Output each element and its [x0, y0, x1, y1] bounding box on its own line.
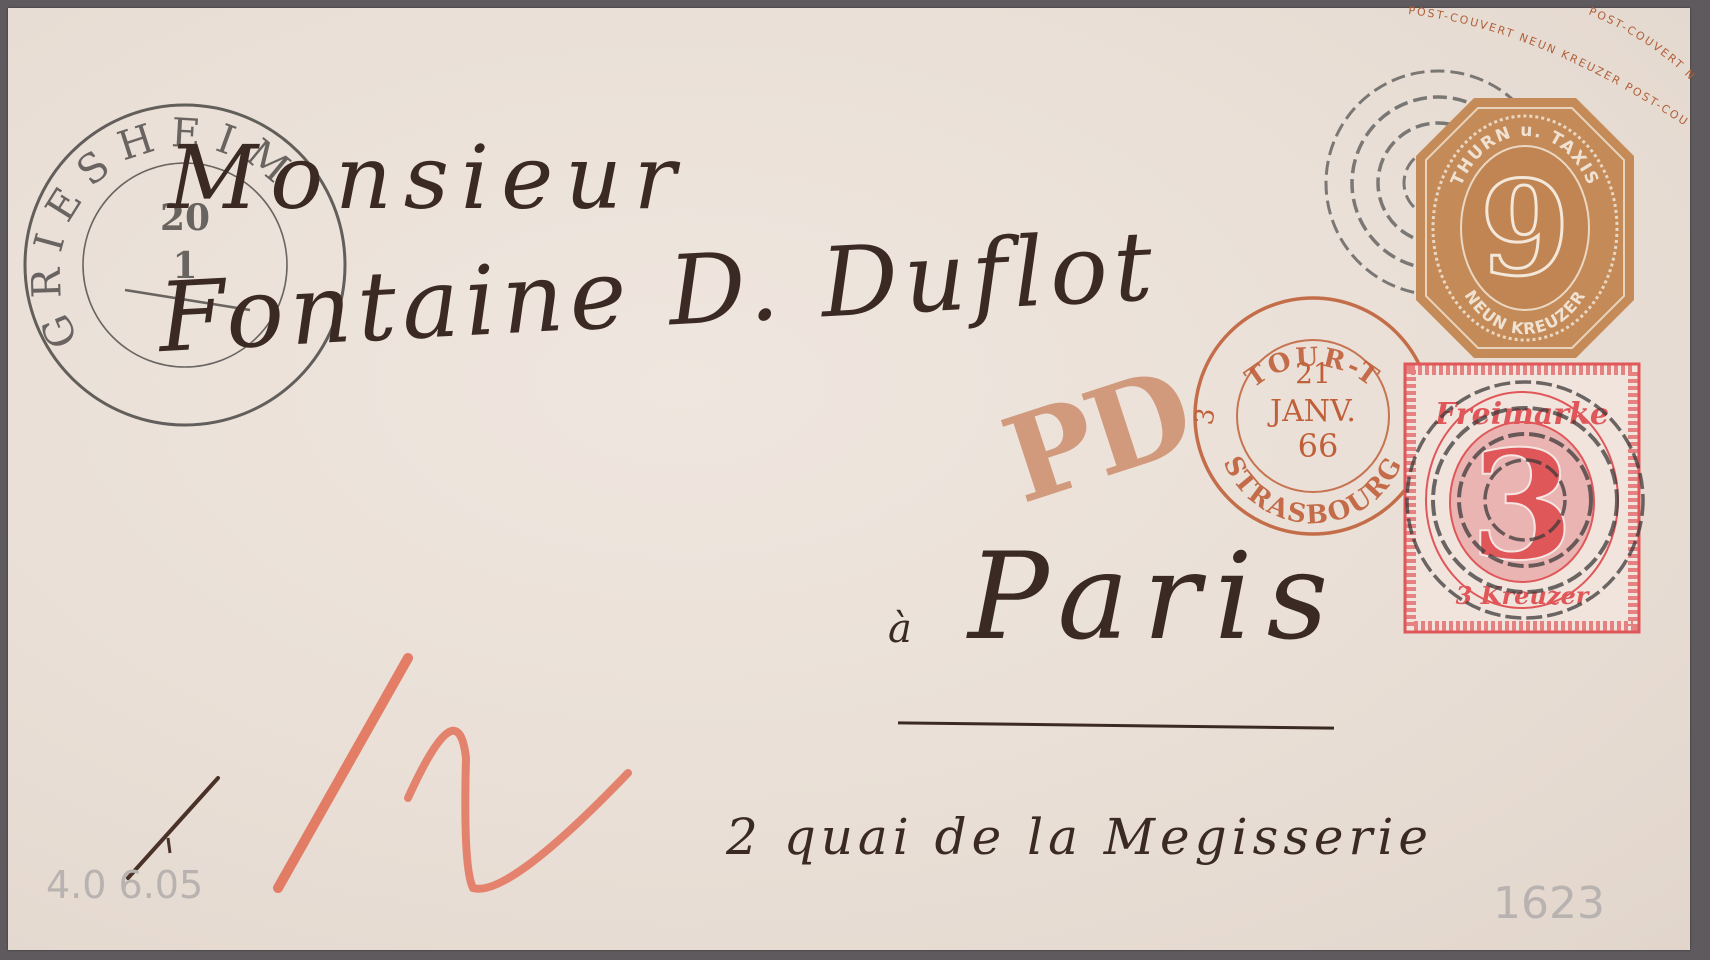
svg-text:9: 9	[1480, 152, 1570, 305]
strasbourg-postmark: TOUR-T STRASBOURG 3 3 21 JANV. 66	[1188, 291, 1438, 541]
pd-paid-mark: PD	[988, 341, 1205, 530]
embossed-9-kreuzer-stamp: THURN u. TAXIS NEUN KREUZER 9	[1414, 96, 1636, 360]
address-salutation: Monsieur	[168, 126, 688, 229]
svg-text:66: 66	[1298, 427, 1339, 465]
3-kreuzer-stamp: Freimarke 3 Kreuzer 3	[1403, 362, 1641, 634]
city-underline	[898, 721, 1334, 729]
envelope: GRIESHEIM 20 1 POST-COUVERT NEUN KREU	[8, 8, 1690, 950]
address-city: Paris	[968, 528, 1342, 667]
pencil-note-left: 4.0 6.05	[46, 863, 203, 907]
address-city-prefix: à	[888, 606, 912, 652]
pd-text: PD	[988, 341, 1205, 530]
svg-text:JANV.: JANV.	[1267, 394, 1356, 429]
pencil-note-right: 1623	[1493, 878, 1605, 929]
svg-text:21: 21	[1295, 357, 1331, 390]
address-street: 2 quai de la Megisserie	[726, 808, 1433, 866]
